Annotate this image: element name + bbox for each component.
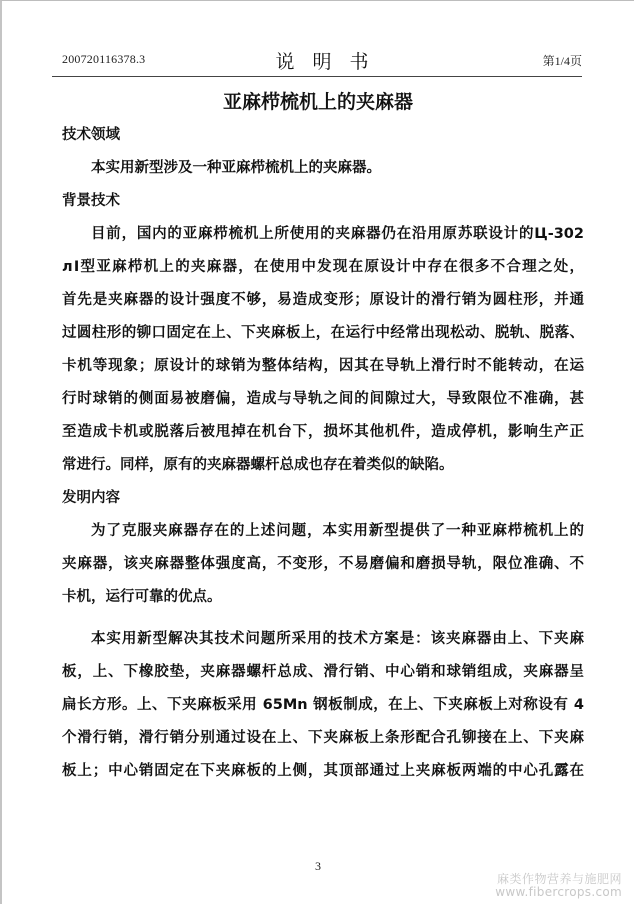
text-line: 至造成卡机或脱落后被甩掉在机台下，损坏其他机件，造成停机，影响生产正 (62, 416, 584, 449)
header-divider (52, 76, 582, 77)
page-header: 200720116378.3 说明书 第1/4页 (62, 47, 582, 71)
text-line: 目前，国内的亚麻栉梳机上所使用的夹麻器仍在沿用原苏联设计的Ц-302 (62, 218, 584, 251)
text-line: лⅠ型亚麻栉机上的夹麻器，在使用中发现在原设计中存在很多不合理之处， (62, 251, 584, 284)
document-title: 亚麻栉梳机上的夹麻器 (2, 87, 634, 114)
paragraph: 本实用新型解决其技术问题所采用的技术方案是：该夹麻器由上、下夹麻 板，上、下橡胶… (62, 623, 584, 788)
text-line: 卡机，运行可靠的优点。 (62, 581, 584, 614)
text-line: 扁长方形。上、下夹麻板采用 65Mn 钢板制成，在上、下夹麻板上对称设有 4 (62, 689, 584, 722)
section-heading-invention-content: 发明内容 (62, 482, 584, 515)
paragraph: 目前，国内的亚麻栉梳机上所使用的夹麻器仍在沿用原苏联设计的Ц-302 лⅠ型亚麻… (62, 218, 584, 482)
header-title: 说明书 (62, 47, 582, 74)
document-page: 200720116378.3 说明书 第1/4页 亚麻栉梳机上的夹麻器 技术领域… (0, 0, 634, 904)
text-line: 卡机等现象；原设计的球销为整体结构，因其在导轨上滑行时不能转动，在运 (62, 350, 584, 383)
document-body: 技术领域 本实用新型涉及一种亚麻栉梳机上的夹麻器。 背景技术 目前，国内的亚麻栉… (62, 119, 584, 788)
text-line: 为了克服夹麻器存在的上述问题，本实用新型提供了一种亚麻栉梳机上的 (62, 515, 584, 548)
text-line: 行时球销的侧面易被磨偏，造成与导轨之间的间隙过大，导致限位不准确，甚 (62, 383, 584, 416)
text-line: 过圆柱形的铆口固定在上、下夹麻板上，在运行中经常出现松动、脱轨、脱落、 (62, 317, 584, 350)
text-line: 本实用新型涉及一种亚麻栉梳机上的夹麻器。 (62, 152, 584, 185)
paragraph: 为了克服夹麻器存在的上述问题，本实用新型提供了一种亚麻栉梳机上的 夹麻器，该夹麻… (62, 515, 584, 614)
text-line: 板上；中心销固定在下夹麻板的上侧，其顶部通过上夹麻板两端的中心孔露在 (62, 755, 584, 788)
text-line: 个滑行销，滑行销分别通过设在上、下夹麻板上条形配合孔铆接在上、下夹麻 (62, 722, 584, 755)
text-line: 夹麻器，该夹麻器整体强度高，不变形，不易磨偏和磨损导轨，限位准确、不 (62, 548, 584, 581)
section-heading-background: 背景技术 (62, 185, 584, 218)
watermark-url: www.fibercrops.com (495, 886, 622, 899)
text-line: 首先是夹麻器的设计强度不够，易造成变形；原设计的滑行销为圆柱形，并通 (62, 284, 584, 317)
paragraph: 本实用新型涉及一种亚麻栉梳机上的夹麻器。 (62, 152, 584, 185)
text-line: 板，上、下橡胶垫，夹麻器螺杆总成、滑行销、中心销和球销组成，夹麻器呈 (62, 656, 584, 689)
text-line: 常进行。同样，原有的夹麻器螺杆总成也存在着类似的缺陷。 (62, 449, 584, 482)
site-watermark: 麻类作物营养与施肥网 www.fibercrops.com (495, 873, 622, 899)
section-heading-technical-field: 技术领域 (62, 119, 584, 152)
text-line: 本实用新型解决其技术问题所采用的技术方案是：该夹麻器由上、下夹麻 (62, 623, 584, 656)
page-indicator: 第1/4页 (543, 52, 582, 69)
